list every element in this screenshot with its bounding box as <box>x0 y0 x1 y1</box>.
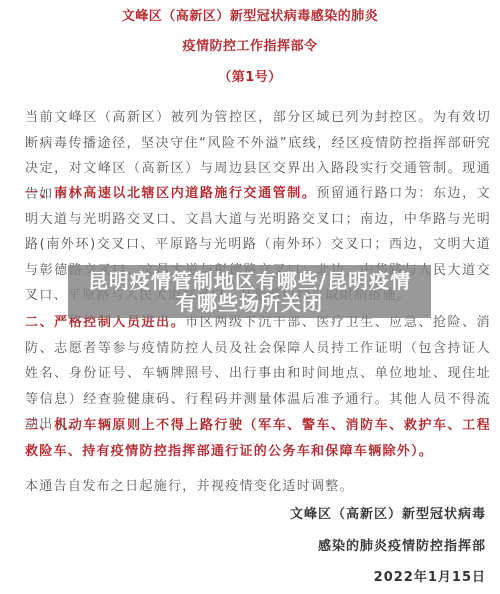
signature-line-1: 文峰区（高新区）新型冠状病毒 <box>290 507 486 523</box>
overlay-headline-line-2: 有哪些场所关闭 <box>176 292 323 314</box>
notice-title-line-1: 文峰区（高新区）新型冠状病毒感染的肺炎 <box>0 9 500 25</box>
signature-date: 2022年1月15日 <box>374 570 486 586</box>
signature-line-2: 感染的肺炎疫情防控指挥部 <box>318 539 486 555</box>
overlay-headline-line-1: 昆明疫情管制地区有哪些/昆明疫情 <box>88 270 411 292</box>
closing-text: 本通告自发布之日起施行，并视疫情变化适时调整。 <box>25 479 354 494</box>
notice-title-line-2: 疫情防控工作指挥部令 <box>0 39 500 55</box>
closing-paragraph: 本通告自发布之日起施行，并视疫情变化适时调整。 <box>25 474 491 500</box>
section-3: 三、机动车辆原则上不得上路行驶（军车、警车、消防车、救护车、工程救险车、持有疫情… <box>25 413 491 464</box>
headline-overlay: 昆明疫情管制地区有哪些/昆明疫情 有哪些场所关闭 <box>68 265 431 318</box>
section-1-heading: 一、南林高速以北辖区内道路施行交通管制。 <box>25 186 316 201</box>
notice-number: （第1号） <box>0 70 500 86</box>
section-3-heading: 三、机动车辆原则上不得上路行驶（军车、警车、消防车、救护车、工程救险车、持有疫情… <box>25 418 491 459</box>
